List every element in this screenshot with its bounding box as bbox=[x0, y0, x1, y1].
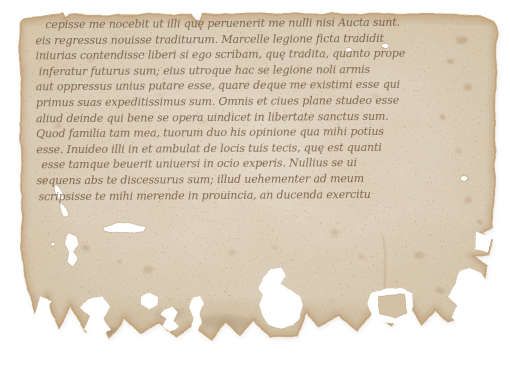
manuscript-text-block: cepisse me nocebit ut illi quę perueneri… bbox=[35, 15, 420, 205]
manuscript-line: scripsisse te mihi merende in prouincia,… bbox=[37, 186, 421, 204]
manuscript-line: esse. Inuideo illi in et ambulat de loci… bbox=[36, 139, 420, 157]
manuscript-photo: cepisse me nocebit ut illi quę perueneri… bbox=[0, 0, 510, 373]
